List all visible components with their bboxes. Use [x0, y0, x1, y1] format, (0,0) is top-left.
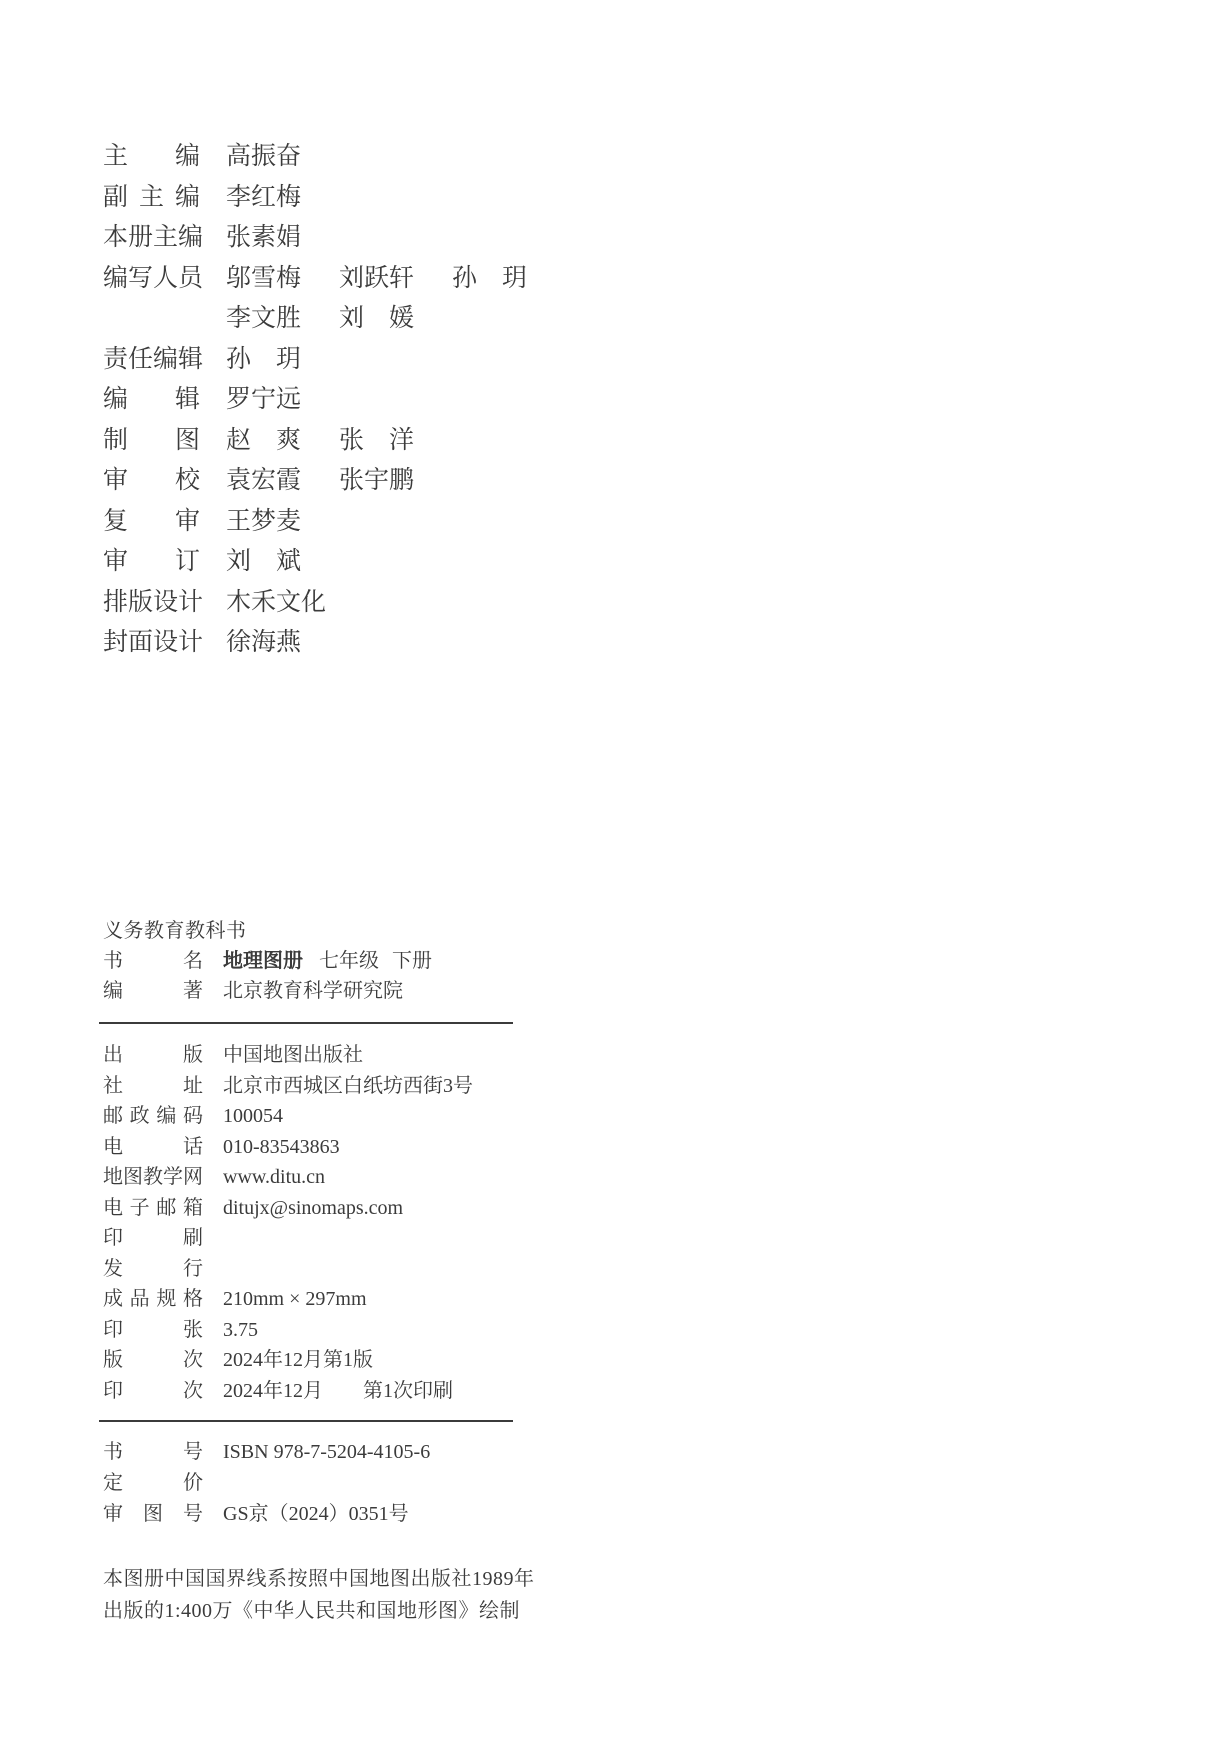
credit-names: 徐海燕 — [226, 623, 301, 664]
map-approval-row: 审图号 GS京（2024）0351号 — [103, 1499, 430, 1530]
person-name: 李红梅 — [226, 178, 301, 219]
publication-value: 中国地图出版社 — [223, 1040, 363, 1071]
credit-row: 审订 刘 斌 — [103, 542, 527, 583]
credit-names: 王梦麦 — [226, 502, 301, 543]
publication-label: 邮政编码 — [103, 1101, 203, 1132]
publication-label: 出版 — [103, 1040, 203, 1071]
person-name: 刘跃轩 — [339, 259, 414, 300]
credit-row: 责任编辑 孙 玥 — [103, 340, 527, 381]
credit-names: 李文胜刘 媛 — [226, 299, 414, 340]
publication-row: 印张 3.75 — [103, 1315, 473, 1346]
credit-label: 审校 — [103, 461, 200, 502]
person-name: 张宇鹏 — [339, 461, 414, 502]
credit-names: 赵 爽张 洋 — [226, 421, 414, 462]
person-name: 徐海燕 — [226, 623, 301, 664]
person-name: 孙 玥 — [226, 340, 301, 381]
price-row: 定价 — [103, 1468, 430, 1499]
publication-label: 版次 — [103, 1345, 203, 1376]
credit-row: 编写人员 邬雪梅刘跃轩孙 玥 — [103, 259, 527, 300]
book-author-label: 编著 — [103, 976, 203, 1006]
publication-label: 社址 — [103, 1071, 203, 1102]
divider-rule-bottom — [99, 1420, 513, 1422]
publication-row: 印次 2024年12月 第1次印刷 — [103, 1376, 473, 1407]
publication-value: 010-83543863 — [223, 1132, 340, 1163]
divider-rule-top — [99, 1022, 513, 1024]
company-name: 木禾文化 — [226, 583, 326, 624]
publication-value: 北京市西城区白纸坊西街3号 — [223, 1071, 473, 1102]
person-name: 高振奋 — [226, 137, 301, 178]
credit-row: 主编 高振奋 — [103, 137, 527, 178]
book-volume: 下册 — [392, 950, 432, 972]
publication-value: www.ditu.cn — [223, 1162, 325, 1193]
credit-label: 本册主编 — [103, 218, 200, 259]
credit-names: 刘 斌 — [226, 542, 301, 583]
publication-label: 电子邮箱 — [103, 1193, 203, 1224]
isbn-label: 书号 — [103, 1437, 203, 1468]
publication-label: 印刷 — [103, 1223, 203, 1254]
person-name: 李文胜 — [226, 299, 301, 340]
publication-label: 印次 — [103, 1376, 203, 1407]
person-name: 罗宁远 — [226, 380, 301, 421]
credit-label: 主编 — [103, 137, 200, 178]
publication-value: 2024年12月 第1次印刷 — [223, 1376, 453, 1407]
boundary-note: 本图册中国国界线系按照中国地图出版社1989年 出版的1:400万《中华人民共和… — [103, 1563, 535, 1627]
book-title-row: 书名 地理图册七年级下册 — [103, 946, 432, 976]
person-name: 赵 爽 — [226, 421, 301, 462]
publication-label: 电话 — [103, 1132, 203, 1163]
credit-names: 邬雪梅刘跃轩孙 玥 — [226, 259, 527, 300]
map-approval-label: 审图号 — [103, 1499, 203, 1530]
publication-value: 3.75 — [223, 1315, 258, 1346]
book-author: 北京教育科学研究院 — [223, 976, 403, 1006]
credit-row-continuation: 李文胜刘 媛 — [103, 299, 527, 340]
book-title-label: 书名 — [103, 946, 203, 976]
credit-label: 责任编辑 — [103, 340, 200, 381]
credit-label: 副主编 — [103, 178, 200, 219]
credit-label: 审订 — [103, 542, 200, 583]
credits-section: 主编 高振奋 副主编 李红梅 本册主编 张素娟 编写人员 邬雪梅刘跃轩孙 玥 李… — [103, 137, 527, 664]
credit-label: 编写人员 — [103, 259, 200, 300]
credit-row: 制图 赵 爽张 洋 — [103, 421, 527, 462]
credit-row: 封面设计 徐海燕 — [103, 623, 527, 664]
publication-value: 100054 — [223, 1101, 283, 1132]
credit-names: 孙 玥 — [226, 340, 301, 381]
person-name: 邬雪梅 — [226, 259, 301, 300]
series-title: 义务教育教科书 — [103, 916, 432, 946]
credit-names: 袁宏霞张宇鹏 — [226, 461, 414, 502]
credit-label: 制图 — [103, 421, 200, 462]
publication-value: 2024年12月第1版 — [223, 1345, 373, 1376]
publication-row: 电子邮箱 ditujx@sinomaps.com — [103, 1193, 473, 1224]
person-name: 刘 斌 — [226, 542, 301, 583]
credit-label: 排版设计 — [103, 583, 200, 624]
isbn-row: 书号 ISBN 978-7-5204-4105-6 — [103, 1437, 430, 1468]
publication-row: 版次 2024年12月第1版 — [103, 1345, 473, 1376]
publication-row: 电话 010-83543863 — [103, 1132, 473, 1163]
publication-row: 地图教学网 www.ditu.cn — [103, 1162, 473, 1193]
credit-label: 复审 — [103, 502, 200, 543]
credit-label: 封面设计 — [103, 623, 200, 664]
person-name: 袁宏霞 — [226, 461, 301, 502]
credit-names: 木禾文化 — [226, 583, 326, 624]
publication-label: 印张 — [103, 1315, 203, 1346]
credit-row: 副主编 李红梅 — [103, 178, 527, 219]
publication-label: 地图教学网 — [103, 1162, 203, 1193]
publication-section: 出版 中国地图出版社 社址 北京市西城区白纸坊西街3号 邮政编码 100054 … — [103, 1040, 473, 1406]
colophon-page: 主编 高振奋 副主编 李红梅 本册主编 张素娟 编写人员 邬雪梅刘跃轩孙 玥 李… — [0, 0, 1231, 1751]
book-info-section: 义务教育教科书 书名 地理图册七年级下册 编著 北京教育科学研究院 — [103, 916, 432, 1006]
isbn-value: ISBN 978-7-5204-4105-6 — [223, 1437, 430, 1468]
credit-row: 复审 王梦麦 — [103, 502, 527, 543]
book-title-value: 地理图册七年级下册 — [223, 946, 432, 976]
price-label: 定价 — [103, 1468, 203, 1499]
credit-label: 编辑 — [103, 380, 200, 421]
publication-value: 210mm × 297mm — [223, 1284, 367, 1315]
person-name: 张素娟 — [226, 218, 301, 259]
book-title: 地理图册 — [223, 950, 303, 972]
credit-row: 排版设计 木禾文化 — [103, 583, 527, 624]
publication-label: 成品规格 — [103, 1284, 203, 1315]
publication-row: 出版 中国地图出版社 — [103, 1040, 473, 1071]
publication-row: 社址 北京市西城区白纸坊西街3号 — [103, 1071, 473, 1102]
publication-value: ditujx@sinomaps.com — [223, 1193, 403, 1224]
isbn-section: 书号 ISBN 978-7-5204-4105-6 定价 审图号 GS京（202… — [103, 1437, 430, 1530]
person-name: 王梦麦 — [226, 502, 301, 543]
publication-label: 发行 — [103, 1254, 203, 1285]
publication-row: 成品规格 210mm × 297mm — [103, 1284, 473, 1315]
person-name: 张 洋 — [339, 421, 414, 462]
credit-row: 本册主编 张素娟 — [103, 218, 527, 259]
publication-row: 发行 — [103, 1254, 473, 1285]
credit-names: 高振奋 — [226, 137, 301, 178]
credit-row: 审校 袁宏霞张宇鹏 — [103, 461, 527, 502]
book-grade: 七年级 — [319, 950, 379, 972]
credit-names: 罗宁远 — [226, 380, 301, 421]
person-name: 刘 媛 — [339, 299, 414, 340]
person-name: 孙 玥 — [452, 259, 527, 300]
boundary-note-line-2: 出版的1:400万《中华人民共和国地形图》绘制 — [103, 1595, 535, 1627]
credit-row: 编辑 罗宁远 — [103, 380, 527, 421]
publication-row: 印刷 — [103, 1223, 473, 1254]
credit-names: 张素娟 — [226, 218, 301, 259]
map-approval-value: GS京（2024）0351号 — [223, 1499, 409, 1530]
book-author-row: 编著 北京教育科学研究院 — [103, 976, 432, 1006]
publication-row: 邮政编码 100054 — [103, 1101, 473, 1132]
boundary-note-line-1: 本图册中国国界线系按照中国地图出版社1989年 — [103, 1563, 535, 1595]
credit-names: 李红梅 — [226, 178, 301, 219]
